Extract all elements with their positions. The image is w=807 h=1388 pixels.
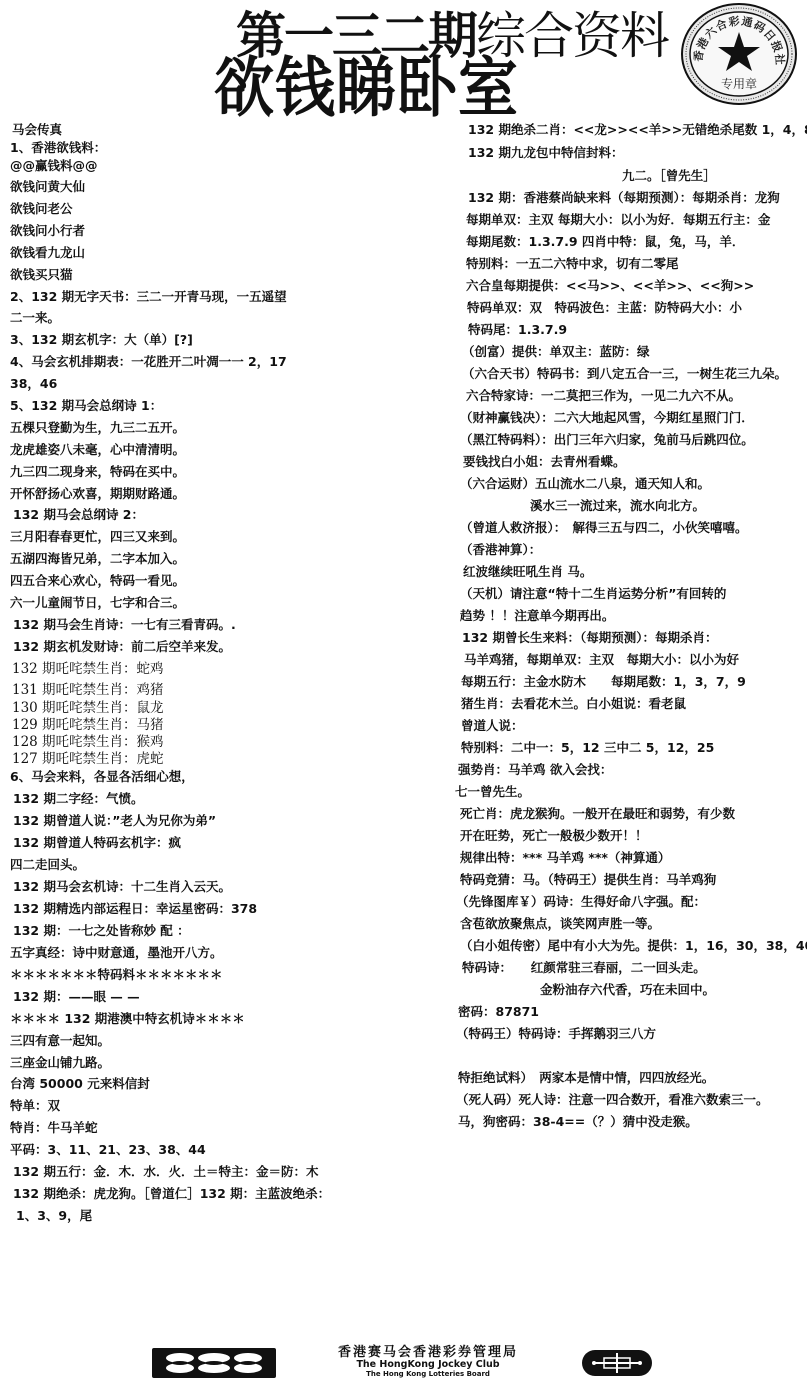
left-column-text-line: 132 期精选内部运程日：幸运星密码：378: [13, 901, 257, 917]
right-column-text-line: （香港神算）：: [460, 542, 541, 558]
right-column-text-line: 马，狗密码：38-4==（？）猜中没走猴。: [458, 1114, 698, 1130]
left-column-text-line: 欲钱问黄大仙: [10, 179, 85, 195]
right-column-text-line: （创富）提供：单双主：蓝防：绿: [462, 344, 650, 360]
right-column-text-line: 强势肖：马羊鸡 欲入会找：: [458, 762, 612, 778]
organization-name-en-sub: The Hong Kong Lotteries Board: [298, 1370, 558, 1378]
left-column-text-line: 三座金山铺九路。: [10, 1055, 110, 1071]
right-column-text-line: 死亡肖：虎龙猴狗。一般开在最旺和弱势，有少数: [460, 806, 735, 822]
left-column-text-line: 1、3、9，尾: [16, 1208, 92, 1224]
left-column-text-line: 129 期吒咤禁生肖：马猪: [12, 717, 164, 733]
jockey-club-emblem-icon: [152, 1348, 276, 1378]
left-column-text-line: 欲钱买只猫: [10, 267, 73, 283]
left-column-text-line: ＊＊＊＊＊＊＊特码料＊＊＊＊＊＊＊: [10, 967, 223, 983]
right-column-text-line: 要钱找白小姐：去青州看蝶。: [463, 454, 626, 470]
left-column-text-line: 132 期马会玄机诗：十二生肖入云天。: [13, 879, 231, 895]
footer: 香港赛马会香港彩券管理局 The HongKong Jockey Club Th…: [0, 1346, 807, 1380]
right-column-text-line: （天机）请注意“特十二生肖运势分析”有回转的: [460, 586, 726, 602]
right-column-text-line: 特别料：二中一：5，12 三中二 5，12，25: [461, 740, 714, 756]
left-column-text-line: 3、132 期玄机字：大（单）[?]: [10, 332, 193, 348]
official-stamp-icon: 香港六合彩通码日报社 专用章: [680, 2, 798, 106]
left-column-text-line: 欲钱问小行者: [10, 223, 85, 239]
right-column-text-line: 密码：87871: [458, 1004, 539, 1020]
left-column-text-line: 欲钱看九龙山: [10, 245, 85, 261]
right-column-text-line: 九二。［曾先生］: [622, 168, 716, 184]
right-column-text-line: 特码诗： 红颜常驻三春丽，二一回头走。: [462, 960, 706, 976]
right-column-text-line: （财神赢钱决）：二六大地起风雪，今期红星照门门．: [460, 410, 754, 426]
left-column-text-line: 开怀舒扬心欢喜，期期财路通。: [10, 486, 185, 502]
right-column-text-line: （白小姐传密）尾中有小大为先。提供：1，16，30，38，40: [460, 938, 807, 954]
right-column-text-line: 七一曾先生。: [455, 784, 530, 800]
left-column-text-line: 132 期曾道人说：”老人为兄你为弟”: [13, 813, 216, 829]
right-column-text-line: 六合特家诗：一二莫把三作为，一见二九六不从。: [466, 388, 741, 404]
left-column-text-line: 132 期马会生肖诗：一七有三看青码。.: [13, 617, 236, 633]
left-column-text-line: 1、香港欲钱料：: [10, 140, 106, 156]
left-column-text-line: 132 期：一七之处皆称妙 配 ：: [13, 923, 190, 939]
right-column-text-line: 132 期曾长生来料：（每期预测）：每期杀肖：: [462, 630, 717, 646]
right-column-text-line: 特码单双：双 特码波色：主蓝：防特码大小：小: [467, 300, 742, 316]
right-column-text-line: （死人码）死人诗：注意一四合数开，看准六数索三一。: [456, 1092, 769, 1108]
right-column-text-line: 每期五行：主金水防木 每期尾数：1，3，7，9: [461, 674, 746, 690]
right-column-text-line: 含苞欲放聚焦点，谈笑网声胜一等。: [460, 916, 660, 932]
organization-name-en: The HongKong Jockey Club: [298, 1360, 558, 1370]
right-column-text-line: （六合运财）五山流水二八泉，通天知人和。: [460, 476, 710, 492]
left-column-text-line: 台湾 50000 元来料信封: [10, 1076, 150, 1092]
right-column-text-line: 特拒绝试料） 两家本是情中情，四四放经光。: [458, 1070, 714, 1086]
left-column-text-line: ＊＊＊＊ 132 期港澳中特玄机诗＊＊＊＊: [10, 1011, 245, 1027]
organization-name-cn: 香港赛马会香港彩券管理局: [298, 1346, 558, 1360]
right-column-text-line: 猪生肖：去看花木兰。白小姐说：看老鼠: [461, 696, 686, 712]
right-column-text-line: 曾道人说：: [461, 718, 524, 734]
left-column-text-line: 38，46: [10, 376, 57, 392]
right-column-text-line: 每期尾数：1.3.7.9 四肖中特：鼠，兔，马，羊．: [466, 234, 744, 250]
left-column-text-line: 马会传真: [12, 122, 62, 138]
right-column-text-line: 金粉油存六代香，巧在未回中。: [540, 982, 715, 998]
left-column-text-line: 5、132 期马会总纲诗 1：: [10, 398, 162, 414]
left-column-text-line: 五棵只登勤为生，九三二五开。: [10, 420, 185, 436]
left-column-text-line: 4、马会玄机排期表：一花胜开二叶凋一一 2，17: [10, 354, 287, 370]
left-column-text-line: 132 期五行：金．木．水．火．土＝特主：金＝防：木: [13, 1164, 318, 1180]
left-column-text-line: 五字真经：诗中财意通，墨池开八方。: [10, 945, 223, 961]
left-column-text-line: 127 期吒咤禁生肖：虎蛇: [12, 751, 164, 767]
left-column-text-line: 132 期：——眼 — —: [13, 989, 140, 1005]
right-column-text-line: 六合皇每期提供：<<马>>、<<羊>>、<<狗>>: [466, 278, 754, 294]
right-column-text-line: 132 期：香港蔡尚缺来料（每期预测）：每期杀肖：龙狗: [468, 190, 780, 206]
left-column-text-line: 三四有意一起知。: [10, 1033, 110, 1049]
right-column-text-line: 特码尾：1.3.7.9: [468, 322, 567, 338]
left-column-text-line: 龙虎雄姿八未毫，心中清清明。: [10, 442, 185, 458]
left-column-text-line: 131 期吒咤禁生肖：鸡猪: [12, 682, 164, 698]
left-column-text-line: 132 期二字经：气愤。: [13, 791, 143, 807]
left-column-text-line: 平码：3、11、21、23、38、44: [10, 1142, 206, 1158]
left-column-text-line: 2、132 期无字天书：三二一开青马现，一五遥望: [10, 289, 287, 305]
left-column-text-line: 二一来。: [10, 310, 60, 326]
right-column-text-line: 马羊鸡猪，每期单双：主双 每期大小：以小为好: [464, 652, 739, 668]
stamp-bottom-text: 专用章: [721, 76, 757, 91]
page-subtitle: 欲钱睇卧室: [214, 56, 519, 121]
left-column-text-line: 四二走回头。: [10, 857, 85, 873]
left-column-text-line: 特单：双: [10, 1098, 60, 1114]
right-column-text-line: （特码王）特码诗：手挥鹅羽三八方: [456, 1026, 656, 1042]
right-column-text-line: 特码竞猜：马。（特码王）提供生肖：马羊鸡狗: [460, 872, 716, 888]
right-column-text-line: （六合天书）特码书：到八定五合一三，一树生花三九朵。: [462, 366, 787, 382]
left-column-text-line: 132 期玄机发财诗：前二后空羊来发。: [13, 639, 231, 655]
right-column-text-line: 红波继续旺吼生肖 马。: [463, 564, 592, 580]
lotteries-board-emblem-icon: [582, 1350, 652, 1376]
left-column-text-line: 6、马会来料，各显各活细心想，: [10, 769, 194, 785]
organization-name: 香港赛马会香港彩券管理局 The HongKong Jockey Club Th…: [298, 1346, 558, 1378]
right-column-text-line: （先锋图库￥）码诗：生得好命八字强。配：: [456, 894, 706, 910]
left-column-text-line: 132 期马会总纲诗 2：: [13, 507, 144, 523]
left-column-text-line: 132 期吒咤禁生肖：蛇鸡: [12, 661, 164, 677]
right-column-text-line: 132 期九龙包中特信封料：: [468, 145, 623, 161]
right-column-text-line: 趋势 ！！注意单今期再出。: [460, 608, 614, 624]
left-column-text-line: 三月阳春春更忙，四三又来到。: [10, 529, 185, 545]
left-column-text-line: 四五合来心欢心，特码一看见。: [10, 573, 185, 589]
right-column-text-line: 溪水三一流过来，流水向北方。: [530, 498, 705, 514]
right-column-text-line: 规律出特：*** 马羊鸡 ***（神算通）: [460, 850, 670, 866]
left-column-text-line: 132 期绝杀：虎龙狗。［曾道仁］132 期：主蓝波绝杀：: [13, 1186, 330, 1202]
right-column-text-line: 开在旺势，死亡一般极少数开！！: [460, 828, 648, 844]
left-column-text-line: 九三四二现身来，特码在买中。: [10, 464, 185, 480]
right-column-text-line: 特别料：一五二六特中求，切有二零尾: [466, 256, 679, 272]
right-column-text-line: 每期单双：主双 每期大小：以小为好．每期五行主：金: [466, 212, 770, 228]
right-column-text-line: （黑江特码料）：出门三年六归家，兔前马后跳四位。: [460, 432, 754, 448]
left-column-text-line: @@赢钱料@@: [10, 158, 98, 174]
left-column-text-line: 欲钱问老公: [10, 201, 73, 217]
left-column-text-line: 128 期吒咤禁生肖：猴鸡: [12, 734, 164, 750]
left-column-text-line: 六一儿童闹节日，七字和合三。: [10, 595, 185, 611]
left-column-text-line: 特肖：牛马羊蛇: [10, 1120, 98, 1136]
right-column-text-line: （曾道人救济报）： 解得三五与四二，小伙笑嘻嘻。: [460, 520, 748, 536]
left-column-text-line: 132 期曾道人特码玄机字：疯: [13, 835, 181, 851]
right-column-text-line: 132 期绝杀二肖：<<龙>><<羊>>无错绝杀尾数 1，4，8: [468, 122, 807, 138]
left-column-text-line: 五湖四海皆兄弟，二字本加入。: [10, 551, 185, 567]
left-column-text-line: 130 期吒咤禁生肖：鼠龙: [12, 700, 164, 716]
